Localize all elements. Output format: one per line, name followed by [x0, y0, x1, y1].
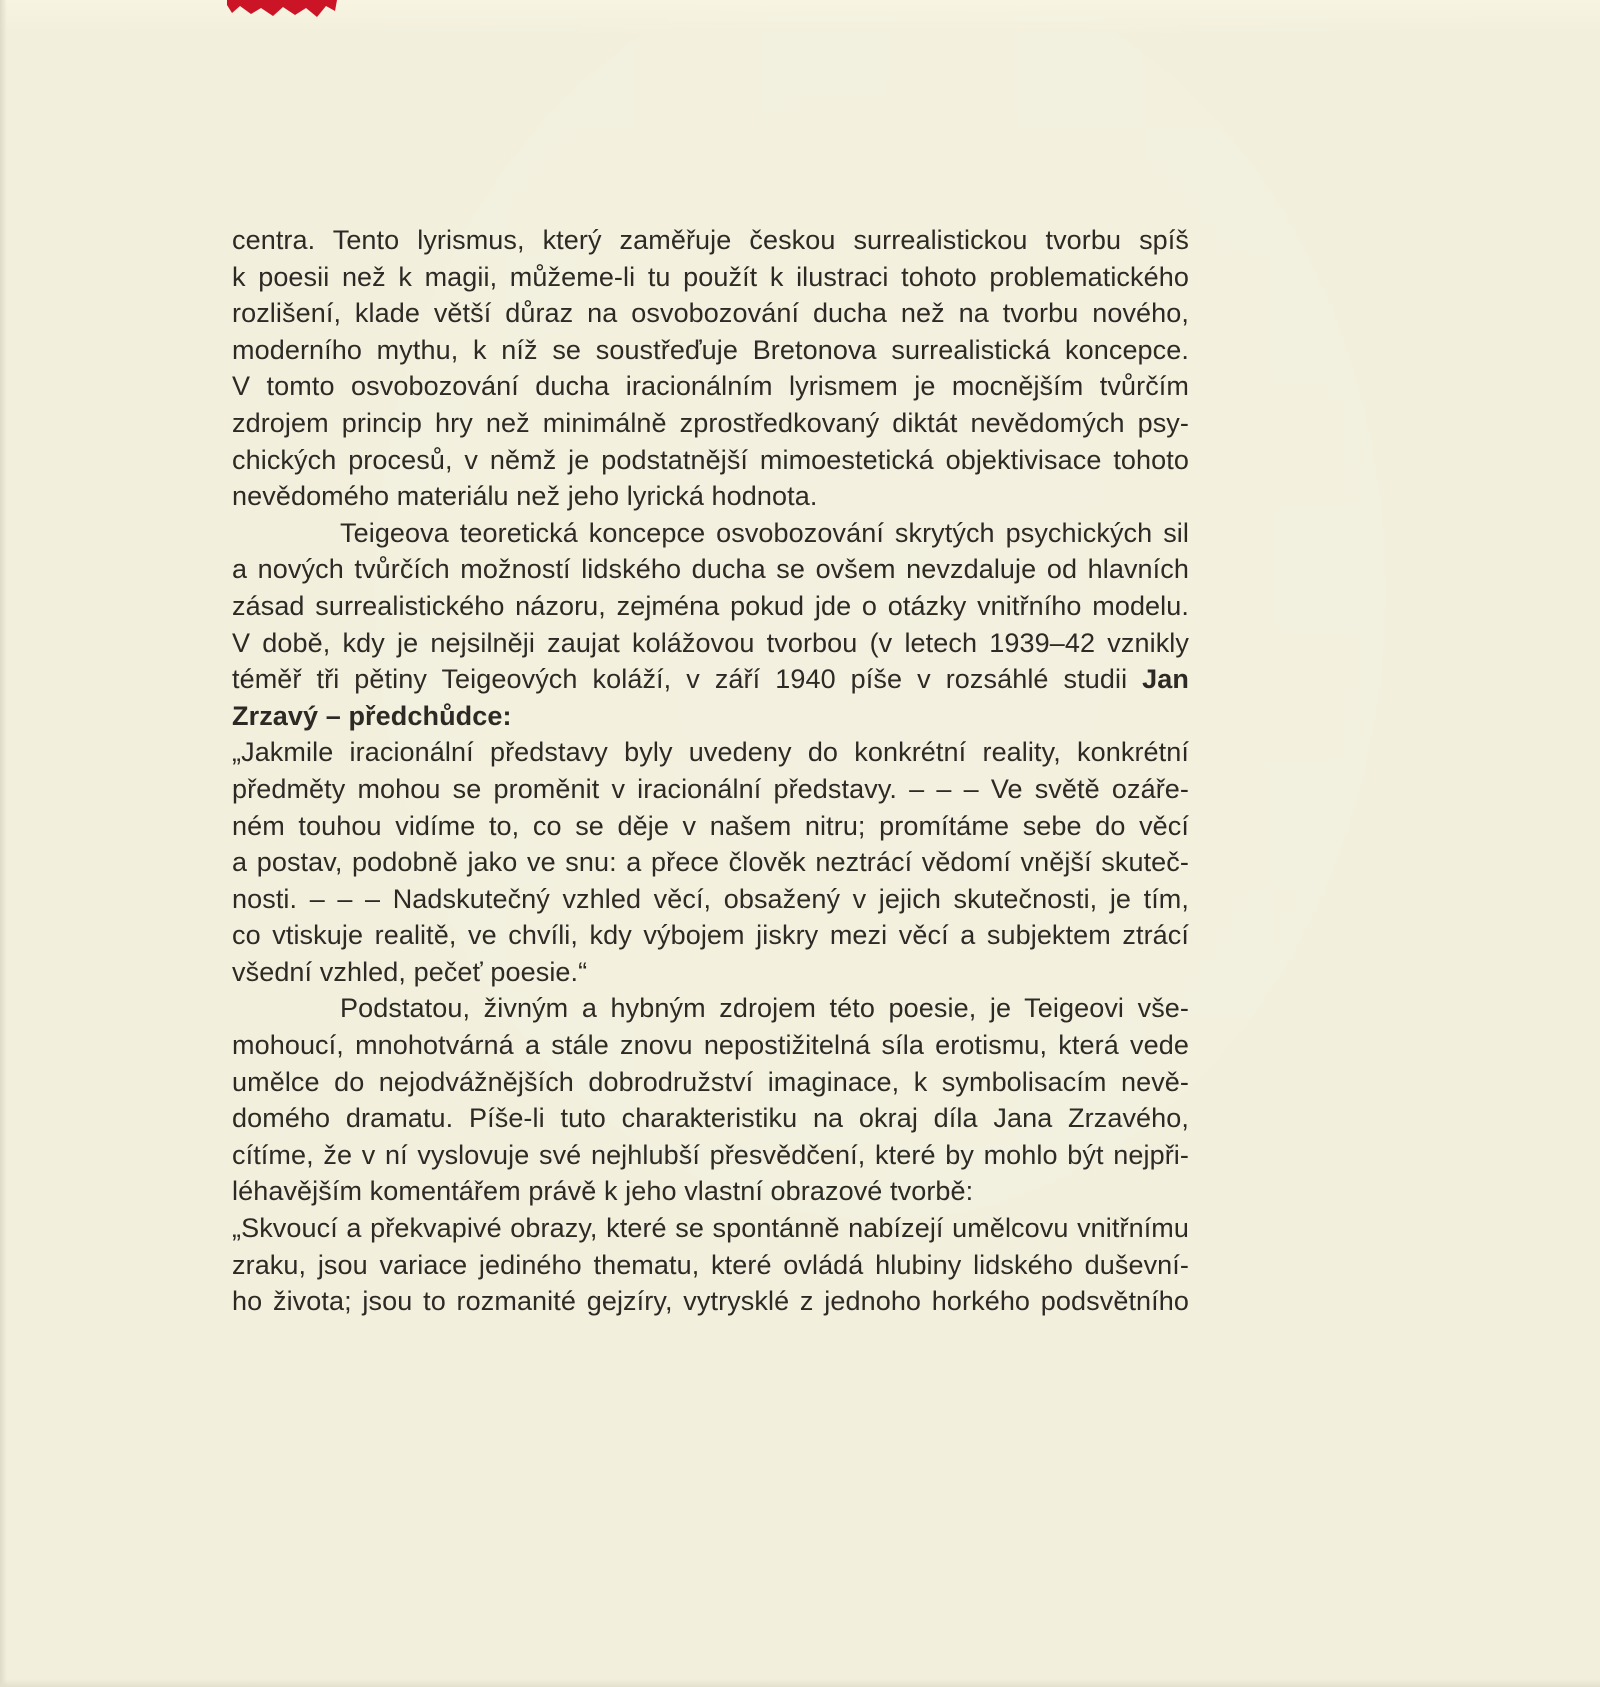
text-segment: „Skvoucí a překvapivé obrazy, které se s… [232, 1213, 1189, 1243]
text-segment: k poesii než k magii, můžeme-li tu použí… [232, 262, 1189, 292]
text-segment: všední vzhled, pečeť poesie.“ [232, 957, 587, 987]
text-line: všední vzhled, pečeť poesie.“ [232, 954, 1189, 991]
scanned-book-page: { "page": { "background_color": "#f2efdc… [0, 0, 1600, 1687]
text-line: „Skvoucí a překvapivé obrazy, které se s… [232, 1210, 1189, 1247]
paragraph: centra. Tento lyrismus, který zaměřuje č… [232, 222, 1189, 515]
page-edge-bottom [0, 1679, 1600, 1687]
text-line: V tomto osvobozování ducha iracionálním … [232, 368, 1189, 405]
paragraph: Podstatou, živným a hybným zdrojem této … [232, 990, 1189, 1210]
text-line: téměř tři pětiny Teigeových koláží, v zá… [232, 661, 1189, 698]
text-line: moderního mythu, k níž se soustřeďuje Br… [232, 332, 1189, 369]
text-segment: předměty mohou se proměnit v iracionální… [232, 774, 1189, 804]
text-line: co vtiskuje realitě, ve chvíli, kdy výbo… [232, 917, 1189, 954]
text-line: chických procesů, v němž je podstatnější… [232, 442, 1189, 479]
text-line: „Jakmile iracionální představy byly uved… [232, 734, 1189, 771]
text-segment: nosti. – – – Nadskutečný vzhled věcí, ob… [232, 884, 1189, 914]
text-segment: „Jakmile iracionální představy byly uved… [232, 737, 1189, 767]
text-segment: a nových tvůrčích možností lidského duch… [232, 554, 1189, 584]
text-line: a nových tvůrčích možností lidského duch… [232, 551, 1189, 588]
text-line: Teigeova teoretická koncepce osvobozován… [232, 515, 1189, 552]
red-mark [227, 0, 337, 22]
bold-text-segment: Zrzavý – předchůdce: [232, 701, 512, 731]
text-segment: moderního mythu, k níž se soustřeďuje Br… [232, 335, 1189, 365]
text-segment: chických procesů, v němž je podstatnější… [232, 445, 1189, 475]
text-segment: umělce do nejodvážnějších dobrodružství … [232, 1067, 1189, 1097]
text-segment: a postav, podobně jako ve snu: a přece č… [232, 847, 1189, 877]
text-line: Podstatou, živným a hybným zdrojem této … [232, 990, 1189, 1027]
text-segment: ném touhou vidíme to, co se děje v našem… [232, 811, 1189, 841]
text-line: léhavějším komentářem právě k jeho vlast… [232, 1173, 1189, 1210]
text-block: centra. Tento lyrismus, který zaměřuje č… [232, 222, 1189, 1320]
text-line: domého dramatu. Píše-li tuto charakteris… [232, 1100, 1189, 1137]
text-segment: téměř tři pětiny Teigeových koláží, v zá… [232, 664, 1142, 694]
text-line: centra. Tento lyrismus, který zaměřuje č… [232, 222, 1189, 259]
text-segment: Podstatou, živným a hybným zdrojem této … [340, 993, 1189, 1023]
paragraph: „Jakmile iracionální představy byly uved… [232, 734, 1189, 990]
text-line: ho života; jsou to rozmanité gejzíry, vy… [232, 1283, 1189, 1320]
text-segment: centra. Tento lyrismus, který zaměřuje č… [232, 225, 1189, 255]
text-segment: cítíme, že v ní vyslovuje své nejhlubší … [232, 1140, 1189, 1170]
text-segment: domého dramatu. Píše-li tuto charakteris… [232, 1103, 1189, 1133]
text-segment: ho života; jsou to rozmanité gejzíry, vy… [232, 1286, 1189, 1316]
text-line: předměty mohou se proměnit v iracionální… [232, 771, 1189, 808]
text-line: umělce do nejodvážnějších dobrodružství … [232, 1064, 1189, 1101]
page-edge-left [0, 0, 7, 1687]
text-line: cítíme, že v ní vyslovuje své nejhlubší … [232, 1137, 1189, 1174]
text-segment: co vtiskuje realitě, ve chvíli, kdy výbo… [232, 920, 1189, 950]
text-line: k poesii než k magii, můžeme-li tu použí… [232, 259, 1189, 296]
text-segment: zraku, jsou variace jediného thematu, kt… [232, 1250, 1189, 1280]
text-line: a postav, podobně jako ve snu: a přece č… [232, 844, 1189, 881]
text-segment: V době, kdy je nejsilněji zaujat kolážov… [232, 628, 1189, 658]
text-line: zdrojem princip hry než minimálně zprost… [232, 405, 1189, 442]
text-segment: V tomto osvobozování ducha iracionálním … [232, 371, 1189, 401]
red-mark-shape [227, 0, 337, 17]
text-segment: léhavějším komentářem právě k jeho vlast… [232, 1176, 973, 1206]
text-line: nosti. – – – Nadskutečný vzhled věcí, ob… [232, 881, 1189, 918]
text-line: zraku, jsou variace jediného thematu, kt… [232, 1247, 1189, 1284]
text-line: mohoucí, mnohotvárná a stále znovu nepos… [232, 1027, 1189, 1064]
text-line: Zrzavý – předchůdce: [232, 698, 1189, 735]
text-segment: rozlišení, klade větší důraz na osvobozo… [232, 298, 1189, 328]
text-segment: Teigeova teoretická koncepce osvobozován… [340, 518, 1189, 548]
paragraph: „Skvoucí a překvapivé obrazy, které se s… [232, 1210, 1189, 1320]
text-line: V době, kdy je nejsilněji zaujat kolážov… [232, 625, 1189, 662]
text-segment: mohoucí, mnohotvárná a stále znovu nepos… [232, 1030, 1189, 1060]
text-line: rozlišení, klade větší důraz na osvobozo… [232, 295, 1189, 332]
text-line: ném touhou vidíme to, co se děje v našem… [232, 808, 1189, 845]
bold-text-segment: Jan [1142, 664, 1189, 694]
text-segment: nevědomého materiálu než jeho lyrická ho… [232, 481, 817, 511]
text-line: zásad surrealistického názoru, zejména p… [232, 588, 1189, 625]
paragraph: Teigeova teoretická koncepce osvobozován… [232, 515, 1189, 735]
text-line: nevědomého materiálu než jeho lyrická ho… [232, 478, 1189, 515]
text-segment: zdrojem princip hry než minimálně zprost… [232, 408, 1189, 438]
text-segment: zásad surrealistického názoru, zejména p… [232, 591, 1189, 621]
